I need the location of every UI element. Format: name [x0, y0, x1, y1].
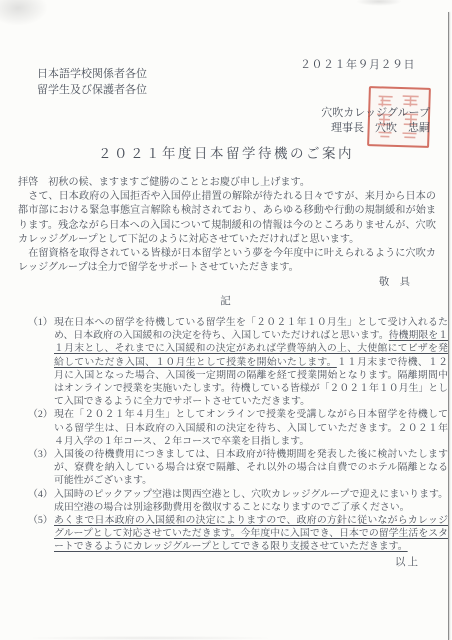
item-text-underlined: あくまで日本政府の入国緩和の決定によりますので、政府の方針に従いながらカレッジグ…: [54, 515, 448, 552]
record-marker: 記: [0, 293, 452, 308]
item-number: （3）: [28, 448, 54, 488]
item-text: あくまで日本政府の入国緩和の決定によりますので、政府の方針に従いながらカレッジグ…: [54, 514, 448, 554]
body-paragraph: 拝啓 初秋の候、ますますご健勝のこととお慶び申し上げます。: [18, 176, 436, 190]
sender-organization: 穴吹カレッジグループ: [321, 106, 430, 121]
closing-keigu: 敬 具: [18, 276, 436, 290]
body-paragraphs: 拝啓 初秋の候、ますますご健勝のこととお慶び申し上げます。 さて、日本政府の入国…: [18, 176, 436, 275]
item-number: （4）: [28, 488, 54, 514]
item-text: 入国時のピックアップ空港は関西空港とし、穴吹カレッジグループで迎えにまいります。…: [54, 488, 448, 514]
scan-edge-line: [448, 12, 449, 640]
scan-smudge-bottom: [30, 636, 270, 640]
notice-item: （4）入国時のピックアップ空港は関西空港とし、穴吹カレッジグループで迎えにまいり…: [28, 488, 448, 514]
item-text-plain: 現在「２０２１年４月生」としてオンラインで授業を受講しながら日本留学を待機してい…: [54, 409, 448, 446]
scanned-letter-page: ２０２１年９月２９日 日本語学校関係者各位留学生及び保護者各位 穴吹カレッジグル…: [0, 0, 452, 640]
recipient-block: 日本語学校関係者各位留学生及び保護者各位: [37, 66, 147, 98]
item-number: （1）: [28, 316, 54, 408]
item-text-plain: 入国後の待機費用につきましては、日本政府が待機期間を発表した後に検討いたしますが…: [54, 449, 448, 486]
letter-date: ２０２１年９月２９日: [300, 56, 415, 72]
item-text: 現在日本への留学を待機している留学生を「２０２１年１０月生」として受け入れるため…: [54, 316, 448, 408]
letter-body: 拝啓 初秋の候、ますますご健勝のこととお慶び申し上げます。 さて、日本政府の入国…: [18, 176, 436, 291]
recipient-line: 留学生及び保護者各位: [37, 82, 147, 98]
sender-block: 穴吹カレッジグループ 理事長 穴吹 忠嗣: [321, 106, 430, 136]
item-text: 入国後の待機費用につきましては、日本政府が待機期間を発表した後に検討いたしますが…: [54, 448, 448, 488]
item-number: （2）: [28, 408, 54, 448]
item-text-plain: 入国時のピックアップ空港は関西空港とし、穴吹カレッジグループで迎えにまいります。…: [54, 489, 448, 513]
recipient-line: 日本語学校関係者各位: [37, 66, 147, 82]
body-paragraph: さて、日本政府の入国拒否や入国停止措置の解除が待たれる日々ですが、来月から日本の…: [18, 190, 436, 247]
notice-item: （2）現在「２０２１年４月生」としてオンラインで授業を受講しながら日本留学を待機…: [28, 408, 448, 448]
end-marker: 以上: [395, 554, 420, 569]
item-number: （5）: [28, 514, 54, 554]
body-paragraph: 在留資格を取得されている皆様が日本留学という夢を今年度中に叶えられるように穴吹カ…: [18, 247, 436, 275]
scan-smudge-top-right: [356, 0, 402, 6]
notice-list: （1）現在日本への留学を待機している留学生を「２０２１年１０月生」として受け入れ…: [28, 316, 448, 554]
item-text: 現在「２０２１年４月生」としてオンラインで授業を受講しながら日本留学を待機してい…: [54, 408, 448, 448]
notice-item: （3）入国後の待機費用につきましては、日本政府が待機期間を発表した後に検討いたし…: [28, 448, 448, 488]
scan-smudge-top-left: [0, 0, 48, 26]
notice-item: （1）現在日本への留学を待機している留学生を「２０２１年１０月生」として受け入れ…: [28, 316, 448, 408]
sender-signer: 理事長 穴吹 忠嗣: [321, 121, 430, 136]
notice-item: （5）あくまで日本政府の入国緩和の決定によりますので、政府の方針に従いながらカレ…: [28, 514, 448, 554]
